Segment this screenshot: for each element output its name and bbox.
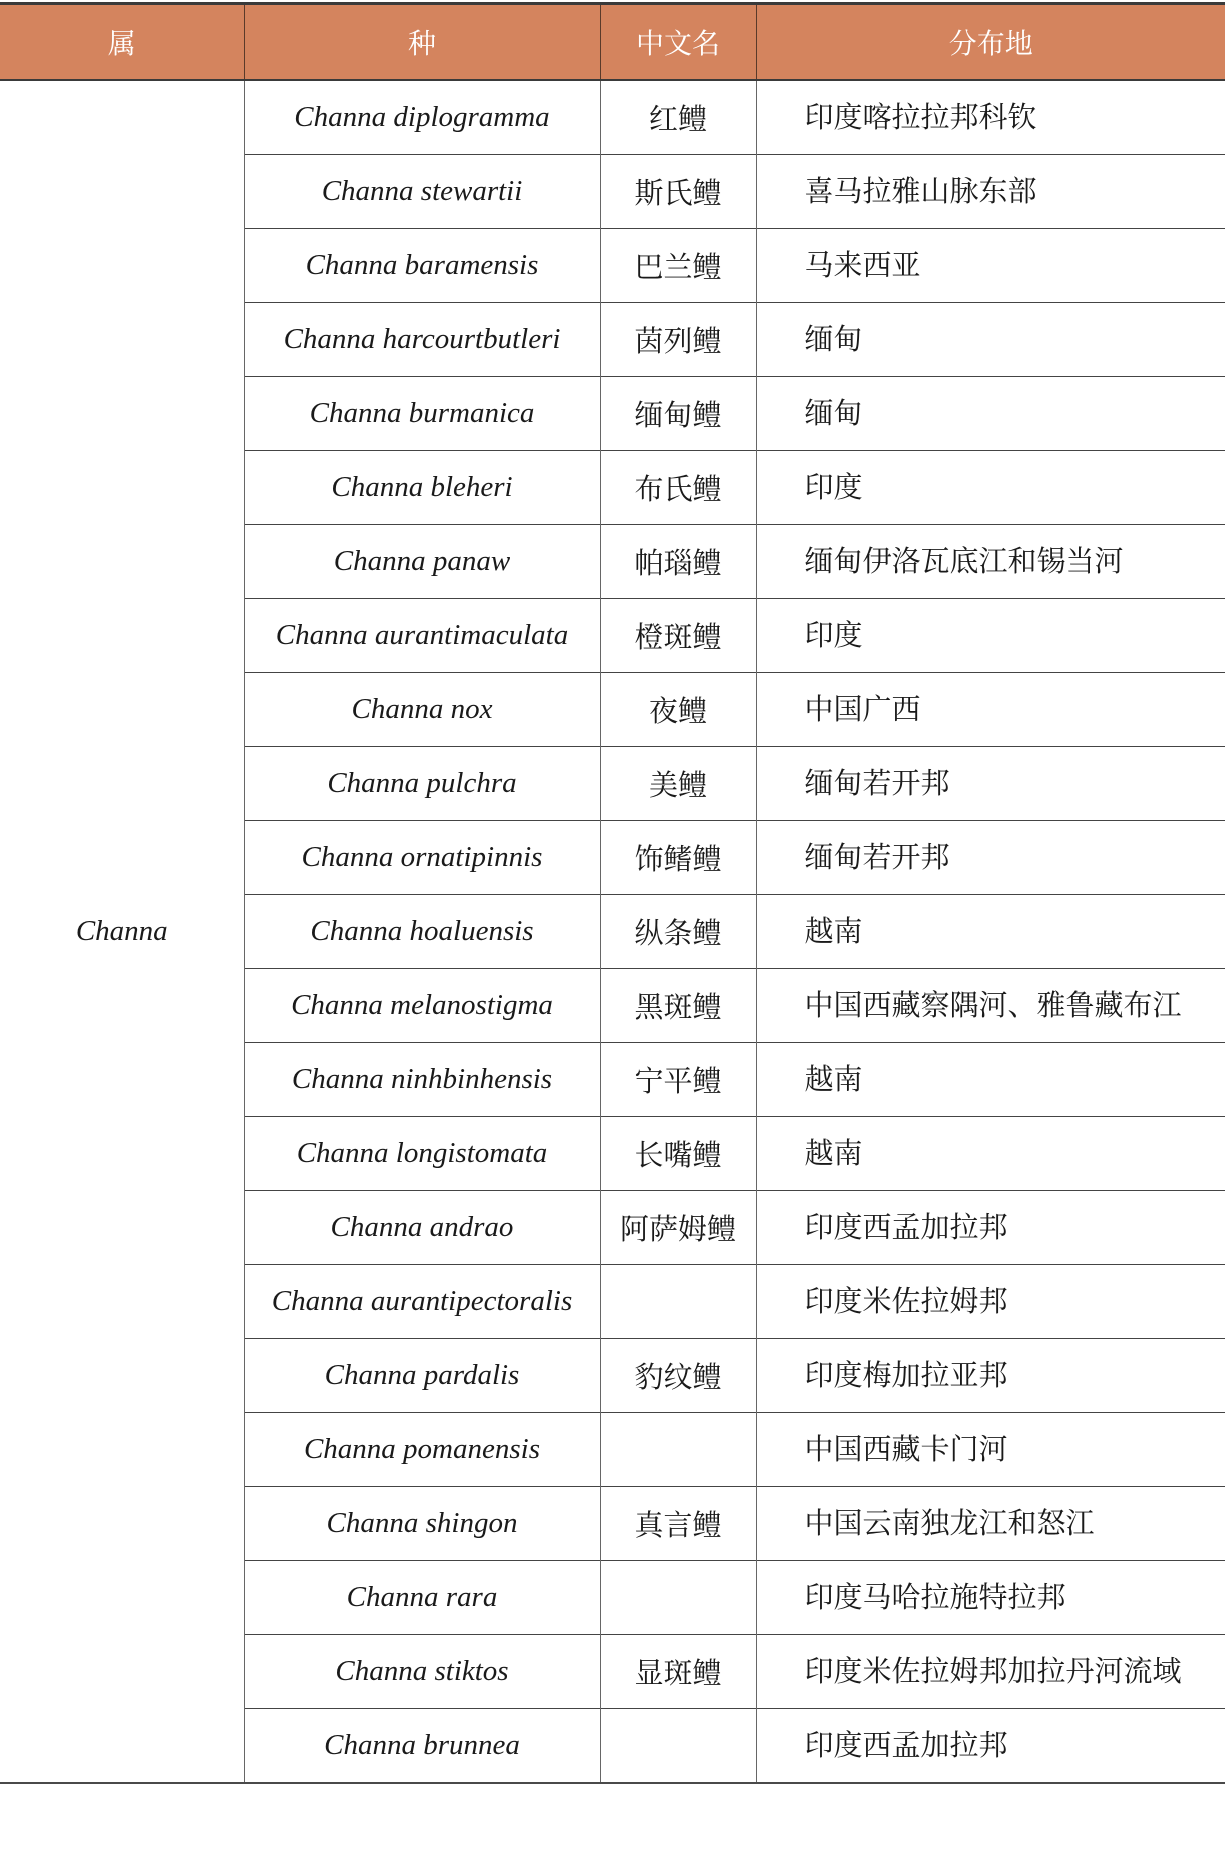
distribution-text: 印度西孟加拉邦 (805, 1730, 1008, 1762)
distribution-cell: 印度 (756, 451, 1225, 525)
distribution-cell: 印度米佐拉姆邦 (756, 1265, 1225, 1339)
species-cell: Channa brunnea (244, 1709, 600, 1784)
species-cell: Channa pulchra (244, 747, 600, 821)
species-cell: Channa pomanensis (244, 1413, 600, 1487)
distribution-text: 缅甸伊洛瓦底江和锡当河 (805, 546, 1124, 578)
species-cell: Channa aurantipectoralis (244, 1265, 600, 1339)
distribution-cell: 中国西藏卡门河 (756, 1413, 1225, 1487)
distribution-text: 印度 (805, 620, 863, 652)
distribution-text: 印度马哈拉施特拉邦 (805, 1582, 1066, 1614)
distribution-text: 印度西孟加拉邦 (805, 1212, 1008, 1244)
species-cell: Channa pardalis (244, 1339, 600, 1413)
header-row: 属 种 中文名 分布地 (0, 4, 1225, 81)
chinese-name-cell (600, 1413, 756, 1487)
header-distribution: 分布地 (756, 4, 1225, 81)
distribution-text: 越南 (805, 1138, 863, 1170)
table-row: Channa Channa diplogramma 红鳢 印度喀拉拉邦科钦 (0, 80, 1225, 155)
species-table: 属 种 中文名 分布地 Channa Channa diplogramma 红鳢… (0, 2, 1225, 1784)
distribution-cell: 印度西孟加拉邦 (756, 1709, 1225, 1784)
species-cell: Channa rara (244, 1561, 600, 1635)
distribution-text: 印度喀拉拉邦科钦 (805, 102, 1037, 134)
distribution-cell: 中国云南独龙江和怒江 (756, 1487, 1225, 1561)
species-cell: Channa ornatipinnis (244, 821, 600, 895)
distribution-cell: 中国西藏察隅河、雅鲁藏布江 (756, 969, 1225, 1043)
header-species: 种 (244, 4, 600, 81)
distribution-text: 印度 (805, 472, 863, 504)
distribution-cell: 越南 (756, 895, 1225, 969)
species-cell: Channa melanostigma (244, 969, 600, 1043)
chinese-name-cell: 显斑鳢 (600, 1635, 756, 1709)
distribution-cell: 越南 (756, 1117, 1225, 1191)
chinese-name-cell: 长嘴鳢 (600, 1117, 756, 1191)
genus-cell: Channa (0, 80, 244, 1783)
chinese-name-cell: 茵列鳢 (600, 303, 756, 377)
chinese-name-cell: 饰鳍鳢 (600, 821, 756, 895)
distribution-text: 印度米佐拉姆邦加拉丹河流域 (805, 1656, 1182, 1688)
distribution-text: 缅甸若开邦 (805, 768, 950, 800)
distribution-cell: 缅甸伊洛瓦底江和锡当河 (756, 525, 1225, 599)
distribution-text: 越南 (805, 1064, 863, 1096)
distribution-cell: 印度喀拉拉邦科钦 (756, 80, 1225, 155)
species-cell: Channa stewartii (244, 155, 600, 229)
species-cell: Channa diplogramma (244, 80, 600, 155)
chinese-name-cell: 斯氏鳢 (600, 155, 756, 229)
distribution-cell: 印度 (756, 599, 1225, 673)
chinese-name-cell: 黑斑鳢 (600, 969, 756, 1043)
species-cell: Channa burmanica (244, 377, 600, 451)
distribution-cell: 中国广西 (756, 673, 1225, 747)
distribution-cell: 喜马拉雅山脉东部 (756, 155, 1225, 229)
species-cell: Channa nox (244, 673, 600, 747)
chinese-name-cell (600, 1265, 756, 1339)
chinese-name-cell: 布氏鳢 (600, 451, 756, 525)
chinese-name-cell: 橙斑鳢 (600, 599, 756, 673)
distribution-text: 喜马拉雅山脉东部 (805, 176, 1037, 208)
species-cell: Channa hoaluensis (244, 895, 600, 969)
chinese-name-cell: 巴兰鳢 (600, 229, 756, 303)
distribution-text: 印度梅加拉亚邦 (805, 1360, 1008, 1392)
distribution-cell: 印度西孟加拉邦 (756, 1191, 1225, 1265)
distribution-text: 中国西藏察隅河、雅鲁藏布江 (805, 990, 1182, 1022)
distribution-cell: 缅甸若开邦 (756, 821, 1225, 895)
header-chinese-name: 中文名 (600, 4, 756, 81)
species-cell: Channa panaw (244, 525, 600, 599)
distribution-cell: 印度米佐拉姆邦加拉丹河流域 (756, 1635, 1225, 1709)
distribution-cell: 马来西亚 (756, 229, 1225, 303)
distribution-text: 中国广西 (805, 694, 921, 726)
distribution-cell: 缅甸若开邦 (756, 747, 1225, 821)
distribution-text: 中国西藏卡门河 (805, 1434, 1008, 1466)
distribution-text: 中国云南独龙江和怒江 (805, 1508, 1095, 1540)
header-genus: 属 (0, 4, 244, 81)
species-cell: Channa aurantimaculata (244, 599, 600, 673)
distribution-text: 缅甸 (805, 398, 863, 430)
distribution-text: 缅甸 (805, 324, 863, 356)
chinese-name-cell: 美鳢 (600, 747, 756, 821)
chinese-name-cell: 真言鳢 (600, 1487, 756, 1561)
distribution-text: 印度米佐拉姆邦 (805, 1286, 1008, 1318)
chinese-name-cell: 纵条鳢 (600, 895, 756, 969)
chinese-name-cell: 阿萨姆鳢 (600, 1191, 756, 1265)
chinese-name-cell: 红鳢 (600, 80, 756, 155)
species-cell: Channa shingon (244, 1487, 600, 1561)
distribution-cell: 缅甸 (756, 377, 1225, 451)
distribution-text: 马来西亚 (805, 250, 921, 282)
species-cell: Channa andrao (244, 1191, 600, 1265)
chinese-name-cell: 缅甸鳢 (600, 377, 756, 451)
species-cell: Channa baramensis (244, 229, 600, 303)
chinese-name-cell: 夜鳢 (600, 673, 756, 747)
chinese-name-cell: 帕瑙鳢 (600, 525, 756, 599)
species-cell: Channa bleheri (244, 451, 600, 525)
species-cell: Channa ninhbinhensis (244, 1043, 600, 1117)
distribution-cell: 印度马哈拉施特拉邦 (756, 1561, 1225, 1635)
chinese-name-cell: 宁平鳢 (600, 1043, 756, 1117)
species-cell: Channa harcourtbutleri (244, 303, 600, 377)
distribution-cell: 越南 (756, 1043, 1225, 1117)
chinese-name-cell: 豹纹鳢 (600, 1339, 756, 1413)
species-cell: Channa stiktos (244, 1635, 600, 1709)
distribution-text: 缅甸若开邦 (805, 842, 950, 874)
chinese-name-cell (600, 1709, 756, 1784)
distribution-cell: 印度梅加拉亚邦 (756, 1339, 1225, 1413)
distribution-text: 越南 (805, 916, 863, 948)
chinese-name-cell (600, 1561, 756, 1635)
species-cell: Channa longistomata (244, 1117, 600, 1191)
distribution-cell: 缅甸 (756, 303, 1225, 377)
